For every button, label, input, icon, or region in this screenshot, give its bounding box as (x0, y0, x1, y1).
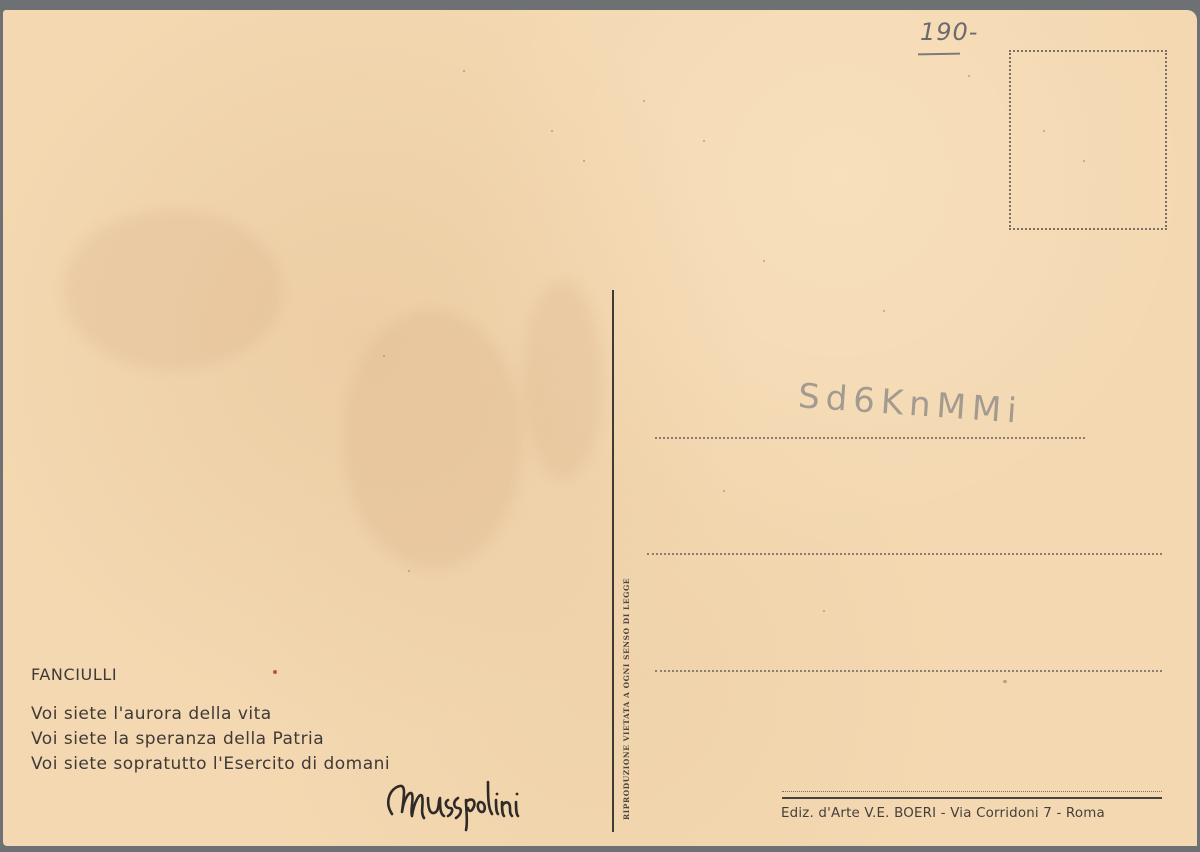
address-line-2 (647, 553, 1162, 555)
message-line-2: Voi siete la speranza della Patria (31, 729, 324, 749)
paper-speck (643, 100, 645, 102)
publisher-imprint: Ediz. d'Arte V.E. BOERI - Via Corridoni … (781, 806, 1105, 821)
address-line-1 (655, 437, 1085, 439)
paper-speck (1003, 680, 1007, 683)
paper-speck (583, 160, 585, 162)
paper-speck (551, 130, 553, 132)
stamp-placeholder-box (1009, 50, 1167, 230)
paper-stain (523, 280, 603, 480)
paper-speck (823, 610, 825, 612)
center-divider-line (612, 290, 614, 832)
paper-speck (463, 70, 465, 72)
paper-speck (968, 75, 970, 77)
paper-stain (63, 210, 283, 370)
pencil-price-annotation: 190- (920, 18, 978, 46)
signature-mussolini (380, 772, 525, 832)
paper-speck (408, 570, 410, 572)
paper-stain (343, 310, 523, 570)
paper-speck (703, 140, 705, 142)
publisher-solid-rule (782, 797, 1162, 799)
paper-speck (273, 670, 277, 674)
message-title: FANCIULLI (31, 665, 117, 684)
paper-speck (763, 260, 765, 262)
legal-notice-vertical: RIPRODUZIONE VIETATA A OGNI SENSO DI LEG… (622, 578, 631, 820)
paper-speck (383, 355, 385, 357)
paper-speck (723, 490, 725, 492)
message-line-3: Voi siete sopratutto l'Esercito di doman… (31, 754, 390, 774)
address-line-3 (655, 670, 1162, 672)
publisher-dotted-rule (782, 791, 1162, 792)
paper-speck (883, 310, 885, 312)
message-line-1: Voi siete l'aurora della vita (31, 704, 272, 724)
